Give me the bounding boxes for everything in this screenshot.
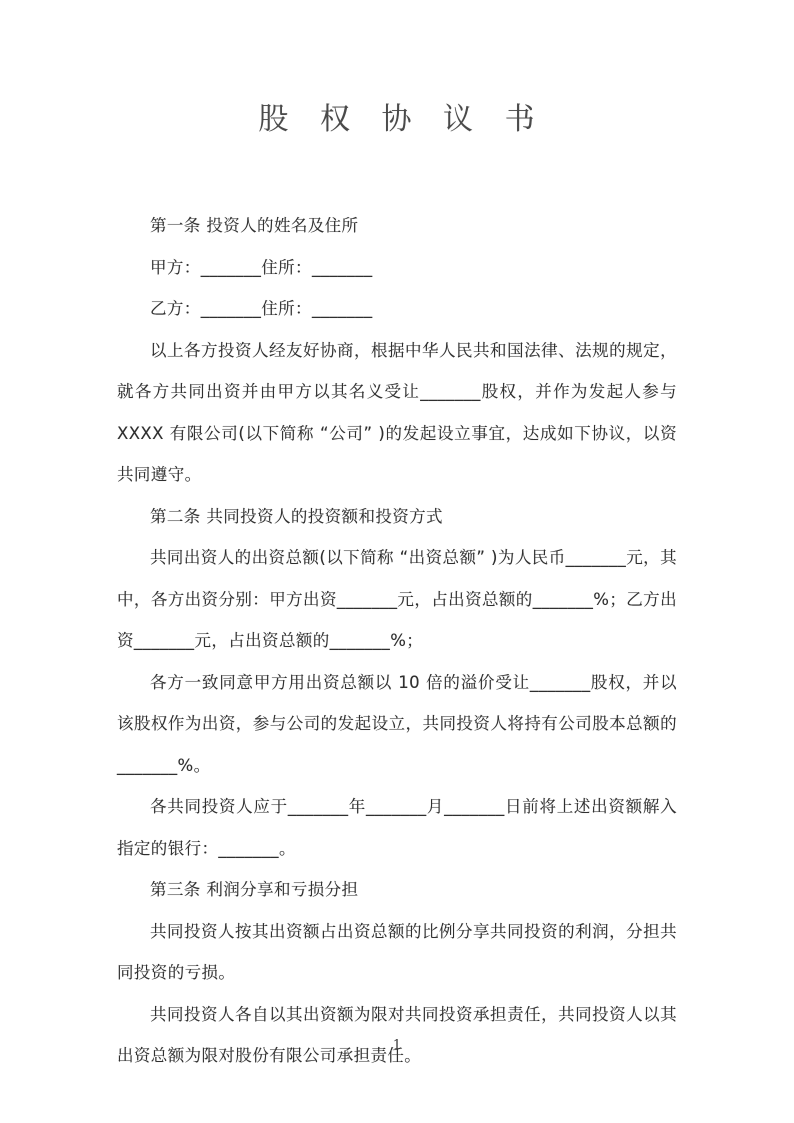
contribution-total-paragraph: 共同出资人的出资总额(以下简称 “出资总额” )为人民币_______元，其中，… bbox=[117, 537, 677, 662]
document-page: 股 权 协 议 书 第一条 投资人的姓名及住所 甲方：_______住所：___… bbox=[0, 0, 794, 1123]
section-heading-1: 第一条 投资人的姓名及住所 bbox=[117, 205, 677, 247]
preamble-paragraph: 以上各方投资人经友好协商，根据中华人民共和国法律、法规的规定，就各方共同出资并由… bbox=[117, 330, 677, 496]
document-title: 股 权 协 议 书 bbox=[0, 0, 794, 138]
bank-deposit-paragraph: 各共同投资人应于_______年_______月_______日前将上述出资额解… bbox=[117, 786, 677, 869]
party-b-line: 乙方：_______住所：_______ bbox=[117, 288, 677, 330]
section-heading-3: 第三条 利润分享和亏损分担 bbox=[117, 869, 677, 911]
party-a-line: 甲方：_______住所：_______ bbox=[117, 247, 677, 289]
profit-sharing-paragraph: 共同投资人按其出资额占出资总额的比例分享共同投资的利润，分担共同投资的亏损。 bbox=[117, 911, 677, 994]
premium-transfer-paragraph: 各方一致同意甲方用出资总额以 10 倍的溢价受让_______股权，并以该股权作… bbox=[117, 662, 677, 787]
document-body: 第一条 投资人的姓名及住所 甲方：_______住所：_______ 乙方：__… bbox=[117, 205, 677, 1077]
section-heading-2: 第二条 共同投资人的投资额和投资方式 bbox=[117, 496, 677, 538]
page-number: 1 bbox=[0, 1038, 794, 1053]
liability-paragraph: 共同投资人各自以其出资额为限对共同投资承担责任，共同投资人以其出资总额为限对股份… bbox=[117, 994, 677, 1077]
